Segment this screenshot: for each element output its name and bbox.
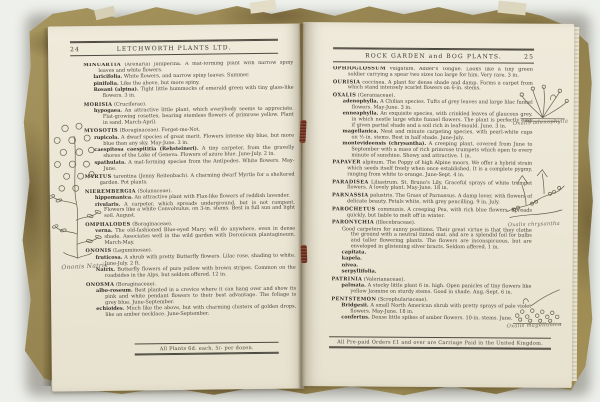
species-name: kapela.	[342, 256, 362, 262]
species-description: A carpeter, which spreads underground, b…	[104, 199, 295, 219]
left-running-head: 24 LETCHWORTH PLANTS LTD.	[70, 40, 278, 56]
species-description: A stocky little plant 6 in. high. Open p…	[350, 283, 531, 296]
species-name: nivea.	[342, 262, 359, 268]
genus-description: tarentina (Jenny Reitenbach). A charming…	[100, 172, 295, 186]
binding-thread	[299, 120, 306, 143]
species-name: confertus.	[341, 314, 370, 320]
species-entry: serpyllifolia.	[342, 269, 532, 276]
right-running-head: ROCK GARDEN and BOG PLANTS. 25	[333, 48, 534, 63]
plant-entry: ONOSMA (Boraginaceae). albo-roseum. Best…	[86, 280, 296, 319]
species-description: Best planted in a crevice where it can h…	[105, 286, 296, 306]
illustration-caption: Oxalis magellanica	[504, 323, 564, 331]
genus-description: coccinea. A plant for dense shade and da…	[348, 79, 533, 92]
plant-entry: MORISIA (Cruciferae). hypogaea. An attra…	[84, 100, 294, 127]
species-entry: palmata. A stocky little plant 6 in. hig…	[341, 284, 531, 297]
plant-entry: PAROCHETUS communis. A creeping Pea, wit…	[332, 207, 532, 220]
plant-entry: OPHIOGLOSSUM vulgatum. Adder's Tongue. L…	[333, 66, 533, 79]
oxalis-chrysantha-sketch	[504, 167, 568, 221]
species-description: A Chilian species. Tufts of grey leaves …	[352, 99, 533, 111]
plant-entry: OURISIA coccinea. A plant for dense shad…	[333, 80, 533, 93]
plant-entry: OMPHALODES (Boraginaceae). verna. The ol…	[85, 220, 295, 247]
species-name: laricifolia.	[93, 74, 122, 80]
species-description: Butterfly flowers of pure yellow with br…	[105, 265, 296, 279]
species-name: serpyllifolia.	[342, 268, 377, 274]
species-description: An exquisite species, with crinkled leav…	[352, 111, 533, 129]
genus-description: (Cruciferae).	[114, 101, 147, 107]
species-entry: enneaphylla. An exquisite species, with …	[343, 112, 533, 130]
plant-entry: MINUARTIA (Arenaria) juniperina. A mat-f…	[83, 61, 293, 101]
species-entry: hypogaea. An attractive little plant, wh…	[94, 107, 294, 127]
illustration-caption: Oxalis chrysantha	[498, 221, 570, 229]
right-page: ROCK GARDEN and BOG PLANTS. 25 OPHIOGLOS…	[301, 22, 575, 388]
page-number: 25	[518, 53, 534, 60]
genus-name: OXALIS	[333, 92, 356, 98]
species-entry: verna. The old-fashioned Blue-eyed Mary;…	[95, 227, 295, 247]
plant-entry: PATRINIA (Valerianaceae). palmata. A sto…	[331, 277, 531, 296]
plant-listing: OPHIOGLOSSUM vulgatum. Adder's Tongue. L…	[331, 66, 533, 333]
species-description: A small North American shrub with pretty…	[350, 302, 531, 314]
genus-name: ONOSMA	[86, 281, 114, 287]
page-title: ROCK GARDEN and BOG PLANTS.	[349, 52, 518, 60]
species-entry: spathulata. A mat-forming species from t…	[94, 158, 294, 172]
species-description: An attractive little plant, which everyb…	[103, 106, 294, 126]
plant-entry: MYRTUS tarentina (Jenny Reitenbach). A c…	[85, 173, 295, 187]
species-entry: Good carpeters for sunny positions. Thei…	[342, 227, 532, 251]
plant-entry: PAPAVER alpinum. The Poppy of high Alpin…	[332, 161, 532, 179]
plant-entry: PARADISEA Liliastrum. St. Bruno's Lily. …	[332, 180, 532, 193]
species-description: The old-fashioned Blue-eyed Mary; will d…	[104, 226, 295, 246]
oxalis-adenophylla-sketch	[515, 82, 571, 122]
oxalis-magellanica-sketch	[509, 286, 565, 326]
gutter-shadow	[298, 24, 306, 388]
species-description: Neat and minute carpeting species, with …	[351, 129, 532, 141]
species-description: Dense little spikes of amber flowers. 10…	[371, 315, 512, 322]
book-scan: 24 LETCHWORTH PLANTS LTD. MINUARTIA (Are…	[0, 0, 600, 402]
species-entry: Natrix. Butterfly flowers of pure yellow…	[96, 266, 296, 280]
species-entry: confertus. Dense little spikes of amber …	[341, 315, 531, 322]
plant-listing: MINUARTIA (Arenaria) juniperina. A mat-f…	[83, 61, 296, 342]
plant-entry: PENTSTEMON (Scrophulariaceae). Bridgesii…	[331, 297, 531, 322]
ononis-natrix-sketch	[39, 112, 113, 263]
genus-name: MORISIA	[84, 102, 113, 108]
genus-name: PATRINIA	[331, 276, 362, 282]
species-description: A mat-forming species from the Antipodes…	[103, 157, 294, 171]
species-entry: rivularis. A carpeter, which spreads und…	[95, 200, 295, 220]
species-entry: Rosani (alpina). Tight little hummocks o…	[94, 86, 294, 100]
plant-entry: PARONYCHIA (Illecebraceae). Good carpete…	[332, 221, 532, 277]
left-page-footer: All Plants 6d. each, 5/- per dozen.	[135, 342, 279, 355]
page-title: LETCHWORTH PLANTS LTD.	[86, 43, 262, 52]
species-description: Much like the above, but with charming c…	[105, 304, 296, 318]
species-entry: echioides. Much like the above, but with…	[96, 305, 296, 319]
torn-cover-bit	[249, 0, 276, 14]
plant-entry: NIEREMBERGIA (Solanaceae). hippomanica. …	[85, 187, 295, 220]
species-name: capitata.	[342, 249, 367, 255]
genus-description: (Arenaria) juniperina. A mat-forming pla…	[98, 61, 293, 74]
left-page: 24 LETCHWORTH PLANTS LTD. MINUARTIA (Are…	[48, 23, 304, 391]
species-entry: montevideensis (chrysantha). A creeping …	[342, 142, 532, 160]
right-page-footer: All Pre-paid Orders £1 and over are Carr…	[329, 336, 551, 349]
plant-entry: OXALIS (Geraniaceae). adenophylla. A Chi…	[332, 93, 532, 160]
binding-thread	[301, 245, 308, 263]
plant-entry: PARNASSIA palustris. The Grass of Parnas…	[332, 194, 532, 207]
species-description: Good carpeters for sunny positions. Thei…	[342, 226, 532, 250]
plant-entry: MYOSOTIS (Boraginaceae). Forget-me-Not. …	[84, 127, 295, 173]
page-number: 24	[70, 46, 86, 53]
